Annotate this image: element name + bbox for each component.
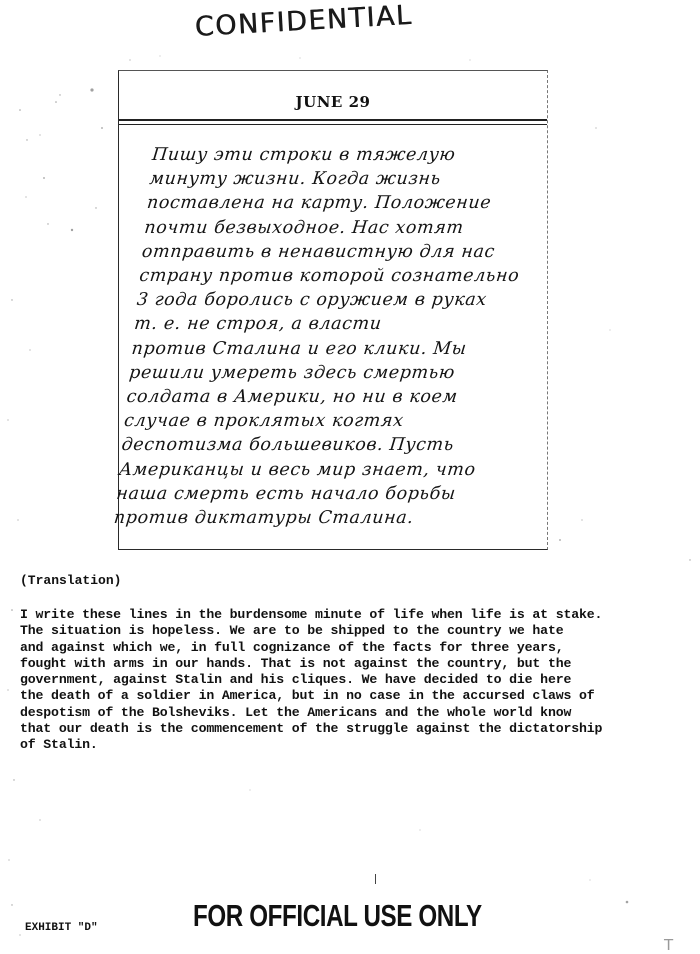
handwritten-line: поставлена на карту. Положение <box>146 191 559 215</box>
translation-line: of Stalin. <box>20 737 700 753</box>
handwritten-line: случае в проклятых когтях <box>123 409 536 433</box>
translation-heading: (Translation) <box>20 573 121 588</box>
translation-line: despotism of the Bolsheviks. Let the Ame… <box>20 705 700 721</box>
handwritten-line: 3 года боролись с оружием в руках <box>136 288 549 312</box>
handwritten-line: Пишу эти строки в тяжелую <box>151 143 564 167</box>
translation-line: fought with arms in our hands. That is n… <box>20 656 700 672</box>
handwritten-line: т. е. не строя, а власти <box>133 312 546 336</box>
translation-line: that our death is the commencement of th… <box>20 721 700 737</box>
translation-line: I write these lines in the burdensome mi… <box>20 607 700 623</box>
translation-line: The situation is hopeless. We are to be … <box>20 623 700 639</box>
official-use-stamp: FOR OFFICIAL USE ONLY <box>193 898 482 934</box>
card-divider-secondary <box>119 124 547 125</box>
handwritten-line: решили умереть здесь смертью <box>128 361 541 385</box>
margin-pencil-mark: T <box>664 936 673 954</box>
stray-mark <box>375 874 376 884</box>
handwritten-line: Американцы и весь мир знает, что <box>118 458 531 482</box>
translation-line: government, against Stalin and his cliqu… <box>20 672 700 688</box>
handwritten-line: страну против которой сознательно <box>138 264 551 288</box>
translation-line: and against which we, in full cognizance… <box>20 640 700 656</box>
card-date-heading: JUNE 29 <box>119 93 547 111</box>
handwritten-line: против диктатуры Сталина. <box>113 506 526 530</box>
handwritten-line: против Сталина и его клики. Мы <box>130 337 543 361</box>
handwritten-line: отправить в ненавистную для нас <box>141 240 554 264</box>
card-divider <box>119 119 547 121</box>
exhibit-label: EXHIBIT "D" <box>25 922 98 934</box>
handwritten-line: солдата в Америки, но ни в коем <box>125 385 538 409</box>
handwritten-line: почти безвыходное. Нас хотят <box>143 216 556 240</box>
handwritten-line: минуту жизни. Когда жизнь <box>148 167 561 191</box>
confidential-stamp: CONFIDENTIAL <box>194 0 413 43</box>
translation-text: I write these lines in the burdensome mi… <box>20 607 700 754</box>
handwritten-note-card: JUNE 29 Пишу эти строки в тяжелую минуту… <box>118 70 548 550</box>
translation-line: the death of a soldier in America, but i… <box>20 688 700 704</box>
handwritten-line: деспотизма большевиков. Пусть <box>120 433 533 457</box>
handwritten-russian-text: Пишу эти строки в тяжелую минуту жизни. … <box>113 143 564 530</box>
handwritten-line: наша смерть есть начало борьбы <box>115 482 528 506</box>
